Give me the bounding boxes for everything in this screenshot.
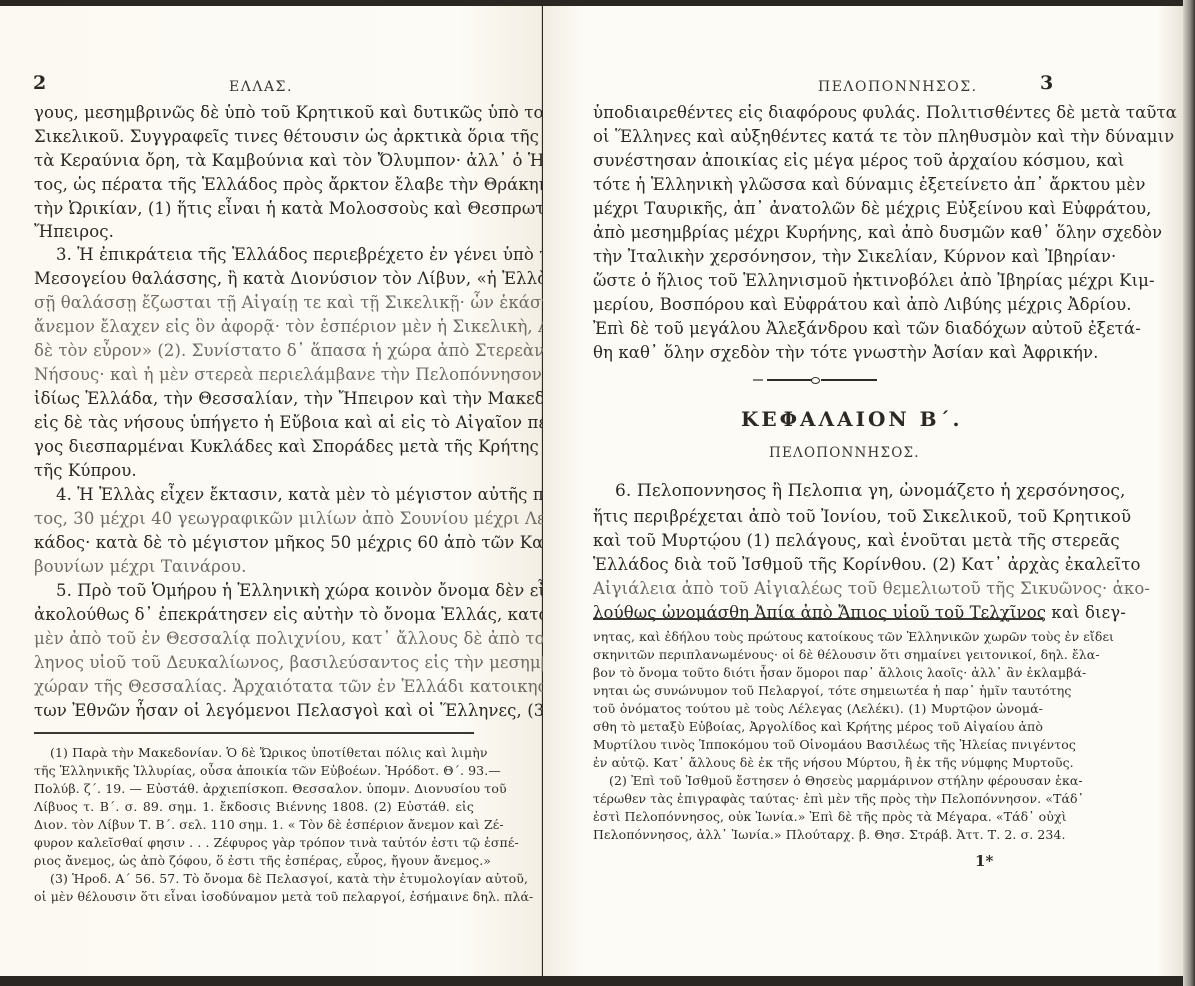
footnote-line: σκηνιτῶν περιπλανωμένους· οἱ δὲ θέλουσιν… [593,646,1043,663]
body-line: μέχρι Ταυρικῆς, ἀπ᾽ ἀνατολῶν δὲ μέχρις Ε… [593,198,1043,220]
body-line: ἀκολούθως δ᾽ ἐπεκράτησεν εἰς αὐτὴν τὸ ὄν… [34,604,474,626]
body-line: ὥστε ὁ ἥλιος τοῦ Ἑλληνισμοῦ ἠκτινοβόλει … [593,270,1043,292]
body-line: μὲν ἀπὸ τοῦ ἐν Θεσσαλίᾳ πολιχνίου, κατ᾽ … [34,628,474,650]
body-line: τῆς Κύπρου. [34,460,137,482]
body-line: οἱ Ἕλληνες καὶ αὐξηθέντες κατά τε τὸν πλ… [593,126,1043,148]
page-number: 3 [1040,72,1053,94]
body-line: γους, μεσημβρινῶς δὲ ὑπὸ τοῦ Κρητικοῦ κα… [34,102,474,124]
footnote-line: φυρον καλεῖσθαί φησιν . . . Ζέφυρος γὰρ … [34,834,474,851]
body-line: δὲ τὸν εὖρον» (2). Συνίστατο δ᾽ ἅπασα ἡ … [34,340,474,362]
body-line: Σικελικοῦ. Συγγραφεῖς τινες θέτουσιν ὡς … [34,126,474,148]
signature-mark: 1* [975,850,993,872]
body-line: λούθως ὠνομάσθη Ἀπία ἀπὸ Ἄπιος υἱοῦ τοῦ … [593,602,1043,624]
footnote-line: τοῦ ὀνόματος τούτου μὲ τοὺς Λέλεγας (Λελ… [593,700,1043,717]
section-6-first-line: 6. Πελοποννησος ἢ Πελοπια γη, ὠνομάζετο … [615,480,1043,502]
footnote-line: ἐν αὐτῷ. Κατ᾽ ἄλλους δὲ ἐκ τῆς νήσου Μύρ… [593,754,1043,771]
chapter-subtitle: ΠΕΛΟΠΟΝΝΗΣΟΣ. [769,445,920,461]
body-line: Μεσογείου θαλάσσης, ἢ κατὰ Διονύσιον τὸν… [34,268,474,290]
footnote-rule [593,618,1043,620]
running-head: ΕΛΛΑΣ. [229,76,293,98]
body-line: βουνίων μέχρι Ταινάρου. [34,556,246,578]
chapter-title: ΚΕΦΑΛΑΙΟΝ Β΄. [741,407,963,431]
footnote-line: σθη τὸ μεταξὺ Εὐβοίας, Ἀργολίδος καὶ Κρή… [593,718,1043,735]
body-line: Αἰγιάλεια ἀπὸ τοῦ Αἰγιαλέως τοῦ θεμελιωτ… [593,578,1043,600]
footnote-rule [34,732,474,734]
footnote-line: (1) Παρὰ τὴν Μακεδονίαν. Ὁ δὲ Ὤρικος ὑπο… [50,744,474,761]
section-4-first-line: 4. Ἡ Ἑλλὰς εἶχεν ἔκτασιν, κατὰ μὲν τὸ μέ… [56,484,474,506]
body-line: ὑποδιαιρεθέντες εἰς διαφόρους φυλάς. Πολ… [593,102,1043,124]
body-line: εἰς δὲ τὰς νήσους ὑπήγετο ἡ Εὔβοια καὶ α… [34,412,474,434]
body-line: κάδος· κατὰ δὲ τὸ μέγιστον μῆκος 50 μέχρ… [34,532,474,554]
running-head: ΠΕΛΟΠΟΝΝΗΣΟΣ. [818,76,978,98]
footnote-line: ριος ἄνεμος, ὡς ἀπὸ ζόφου, ὅ ἐστι τῆς ἑσ… [34,852,491,869]
footnote-line: Λίβυος τ. Β΄. σ. 89. σημ. 1. ἔκδοσις Βιέ… [34,798,474,815]
body-line: τὴν Ἰταλικὴν χερσόνησον, τὴν Σικελίαν, Κ… [593,246,1043,268]
left-page: 2 ΕΛΛΑΣ. γους, μεσημβρινῶς δὲ ὑπὸ τοῦ Κρ… [0,6,542,976]
body-line: μερίου, Βοσπόρου καὶ Εὐφράτου καὶ ἀπὸ Λι… [593,294,1043,316]
ornament-divider [753,377,878,383]
footnote-line: τέρωθεν τὰς ἐπιγραφὰς ταύτας· ἐπὶ μὲν τῆ… [593,790,1043,807]
body-line: Ἑλλάδος διὰ τοῦ Ἰσθμοῦ τῆς Κορίνθου. (2)… [593,554,1043,576]
body-line: των Ἐθνῶν ἦσαν οἱ λεγόμενοι Πελασγοὶ καὶ… [34,700,474,722]
footnote-line: Πολύβ. ζ΄. 19. — Εὐστάθ. ἀρχιεπίσκοπ. Θε… [34,780,474,797]
section-5-first-line: 5. Πρὸ τοῦ Ὁμήρου ἡ Ἑλληνικὴ χώρα κοινὸν… [56,580,474,602]
body-line: τος, 30 μέχρι 40 γεωγραφικῶν μιλίων ἀπὸ … [34,508,474,530]
body-line: ἄνεμον ἔλαχεν εἰς ὃν ἀφορᾷ· τὸν ἑσπέριον… [34,316,474,338]
body-line: Ἤπειρος. [34,221,114,243]
body-line: γος διεσπαρμέναι Κυκλάδες καὶ Σποράδες μ… [34,436,474,458]
book-spread: 2 ΕΛΛΑΣ. γους, μεσημβρινῶς δὲ ὑπὸ τοῦ Κρ… [0,0,1195,986]
page-edge-shadow [1183,0,1195,986]
footnote-line: νηται ὡς συνώνυμον τοῦ Πελαργοί, τότε ση… [593,682,1043,699]
footnote-line: οἱ μὲν θέλουσιν ὅτι εἶναι ἰσοδύναμον μετ… [34,888,474,905]
body-line: ἥτις περιβρέχεται ἀπὸ τοῦ Ἰονίου, τοῦ Σι… [593,506,1043,528]
body-line: Νήσους· καὶ ἡ μὲν στερεὰ περιελάμβανε τὴ… [34,364,474,386]
body-line: σῇ θαλάσσῃ ἔζωσται τῇ Αἰγαίῃ τε καὶ τῇ Σ… [34,292,474,314]
footnote-line: Μυρτίλου τινὸς Ἱπποκόμου τοῦ Οἰνομάου Βα… [593,736,1043,753]
section-3-first-line: 3. Ἡ ἐπικράτεια τῆς Ἑλλάδος περιεβρέχετο… [56,244,474,266]
footnote-line: Πελοπόννησος, ἀλλ᾽ Ἰωνία.» Πλούταρχ. β. … [593,826,1043,843]
body-line: χώραν τῆς Θεσσαλίας. Ἀρχαιότατα τῶν ἐν Ἑ… [34,676,474,698]
footnote-line: βον τὸ ὄνομα τοῦτο διότι ἦσαν ὅμοροι παρ… [593,664,1043,681]
footnote-line: (3) Ἡροδ. Α΄ 56. 57. Τὸ ὄνομα δὲ Πελασγο… [50,870,474,887]
body-line: καὶ τοῦ Μυρτῴου (1) πελάγους, καὶ ἑνοῦτα… [593,530,1043,552]
footnote-line: (2) Ἐπὶ τοῦ Ἰσθμοῦ ἔστησεν ὁ Θησεὺς μαρμ… [609,772,1043,789]
body-line: Ἐπὶ δὲ τοῦ μεγάλου Ἀλεξάνδρου καὶ τῶν δι… [593,318,1043,340]
body-line: ληνος υἱοῦ τοῦ Δευκαλίωνος, βασιλεύσαντο… [34,652,474,674]
body-line: ἰδίως Ἑλλάδα, τὴν Θεσσαλίαν, τὴν Ἤπειρον… [34,388,474,410]
footnote-line: Διον. τὸν Λίβυν Τ. Β΄. σελ. 110 σημ. 1. … [34,816,474,833]
page-number: 2 [33,72,46,94]
body-line: ἀπὸ μεσημβρίας μέχρι Κυρήνης, καὶ ἀπὸ δυ… [593,222,1043,244]
right-page: ΠΕΛΟΠΟΝΝΗΣΟΣ. 3 ὑποδιαιρεθέντες εἰς διαφ… [543,6,1183,976]
body-line: τὰ Κεραύνια ὄρη, τὰ Καμβούνια καὶ τὸν Ὄλ… [34,150,474,172]
body-line: συνέστησαν ἀποικίας εἰς μέγα μέρος τοῦ ἀ… [593,150,1043,172]
body-line: τότε ἡ Ἑλληνικὴ γλῶσσα καὶ δύναμις ἐξετε… [593,174,1043,196]
body-line: τὴν Ὠρικίαν, (1) ἥτις εἶναι ἡ κατὰ Μολοσ… [34,198,474,220]
footnote-line: ἐστὶ Πελοπόννησος, οὐκ Ἰωνία.» Ἐπὶ δὲ τῆ… [593,808,1043,825]
footnote-line: τῆς Ἑλληνικῆς Ἰλλυρίας, οὖσα ἀποικία τῶν… [34,762,474,779]
footnote-line: νητας, καὶ ἐδήλου τοὺς πρώτους κατοίκους… [593,628,1043,645]
body-line: θη καθ᾽ ὅλην σχεδὸν τὴν τότε γνωστὴν Ἀσί… [593,342,1098,364]
body-line: τος, ὡς πέρατα τῆς Ἑλλάδος πρὸς ἄρκτον ἔ… [34,174,474,196]
